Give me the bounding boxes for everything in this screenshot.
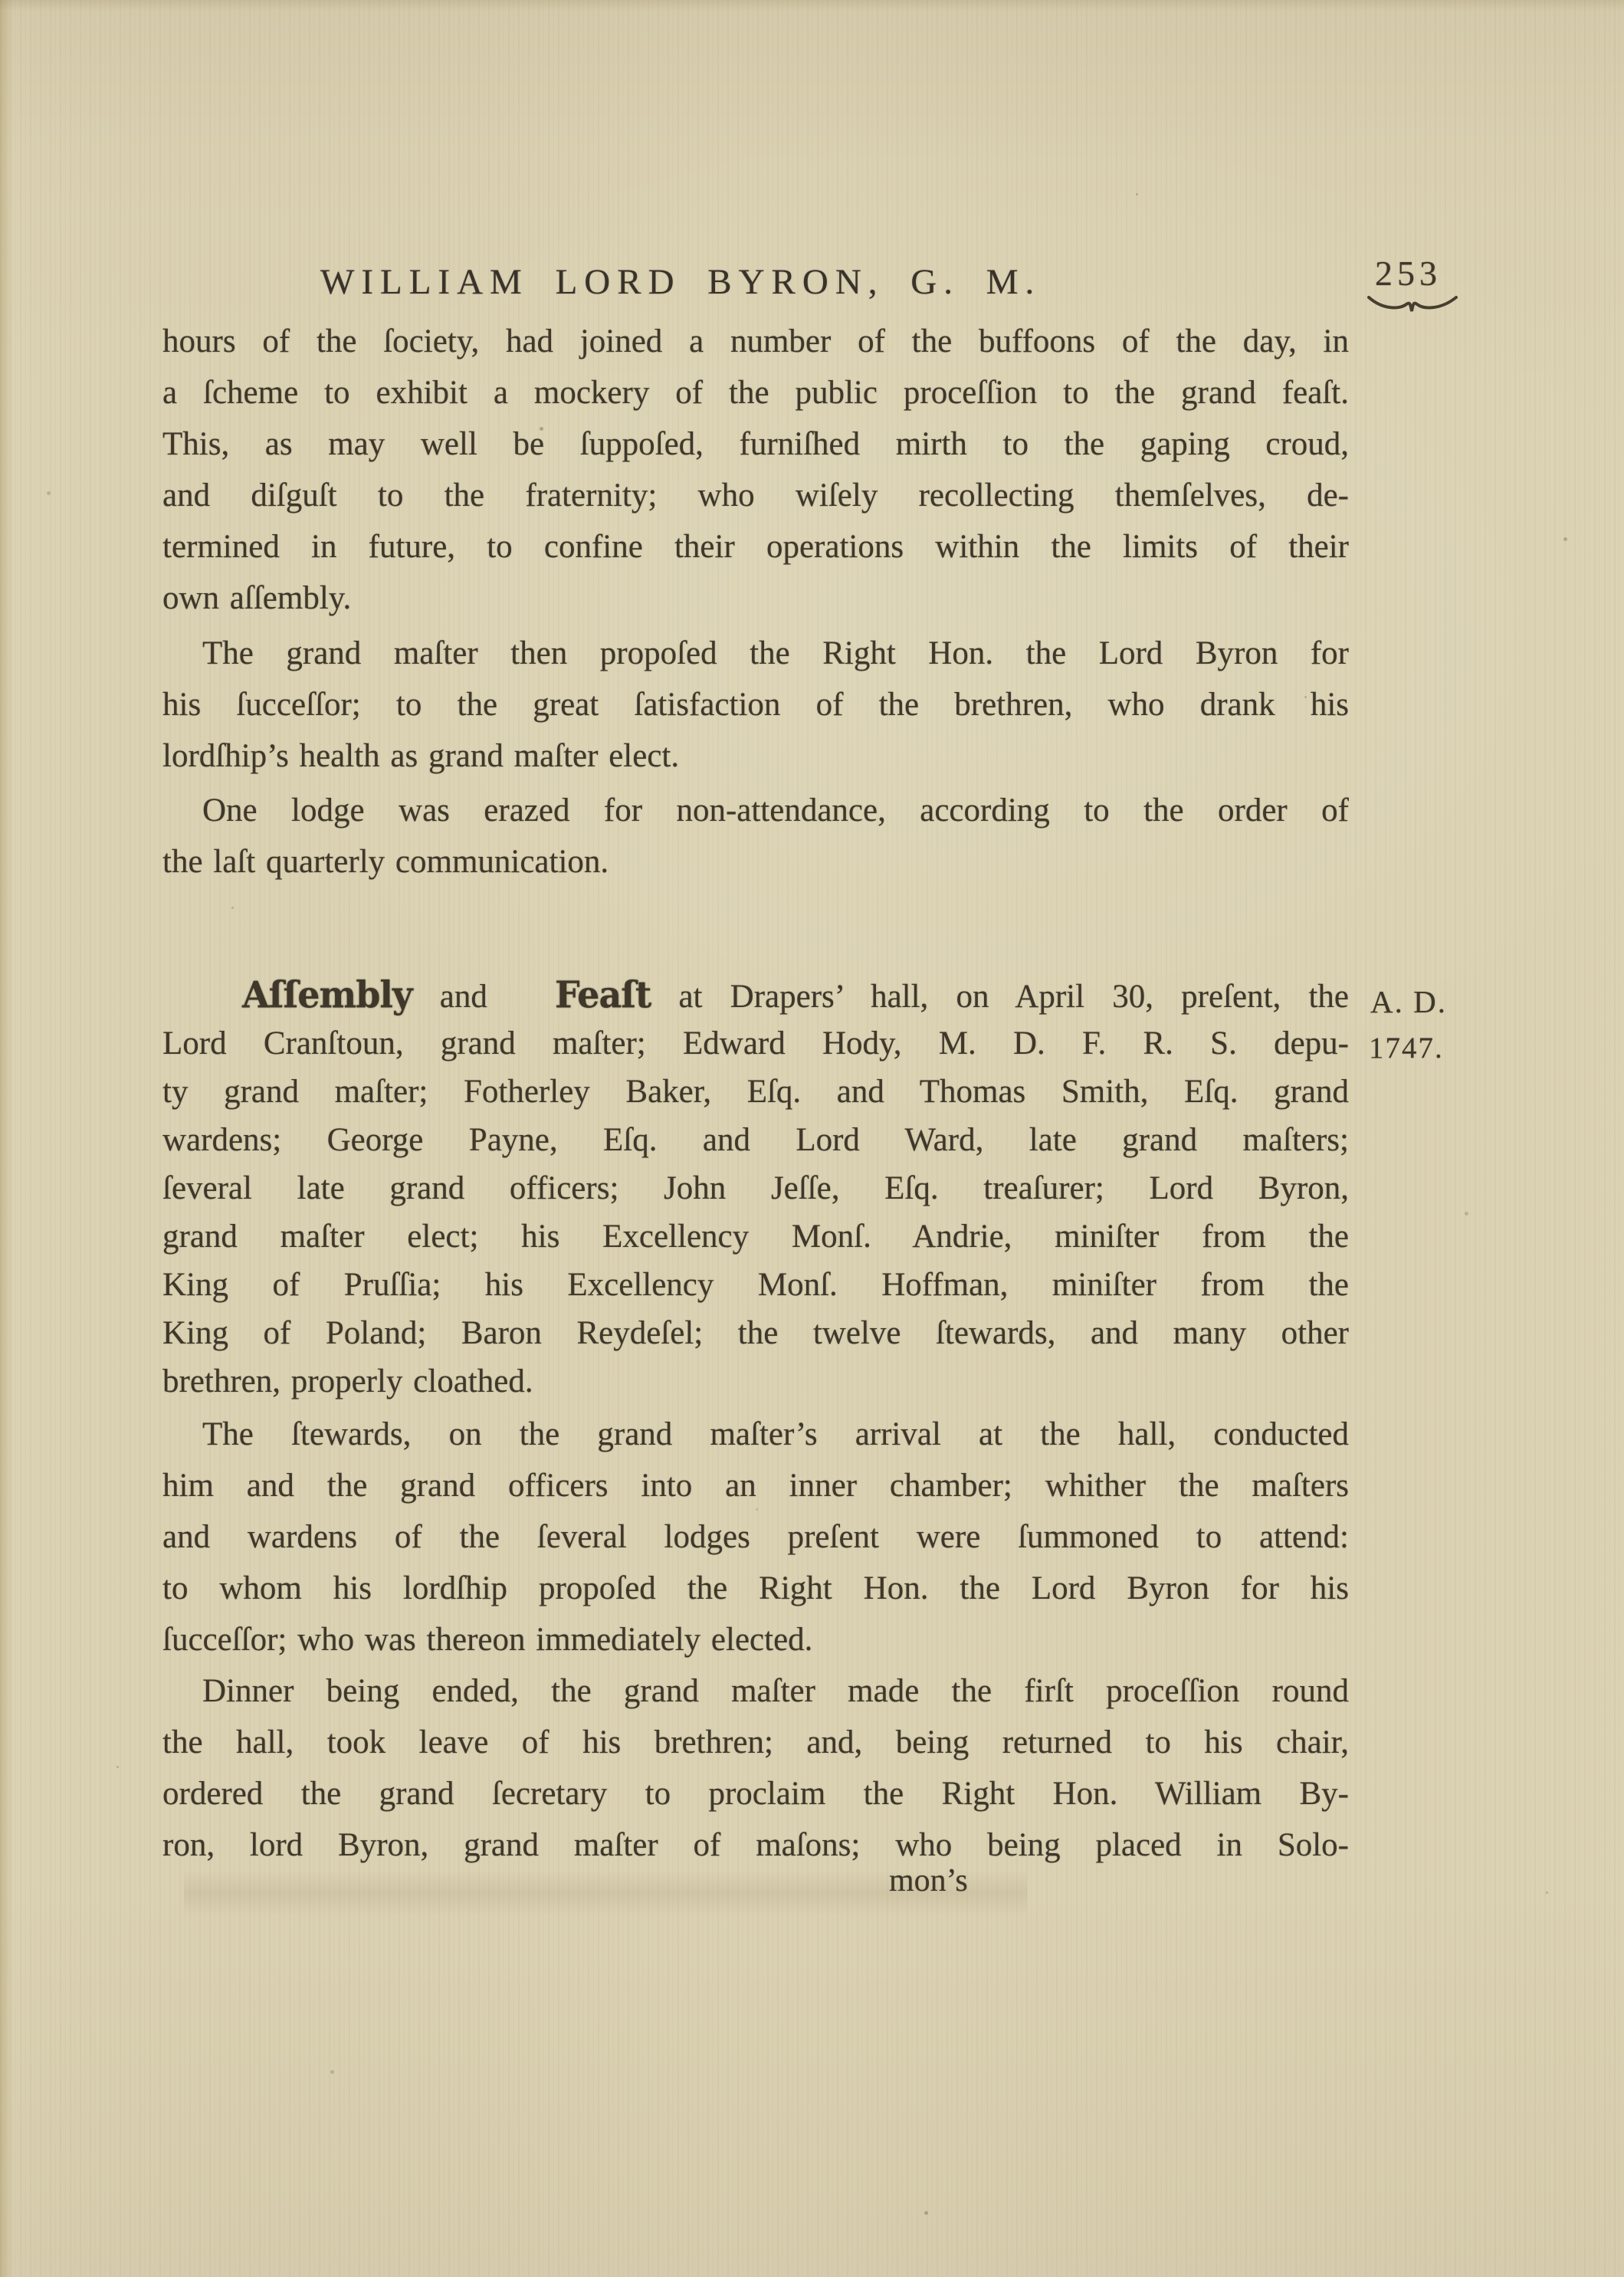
- paragraph-dinner-procession: Dinner being ended, the grand maſter mad…: [162, 1665, 1349, 1871]
- text-column: hours of the ſociety, had joined a numbe…: [162, 316, 1349, 1871]
- text-line: ordered the grand ſecretary to proclaim …: [162, 1768, 1349, 1819]
- text-line: termined in future, to confine their ope…: [162, 521, 1349, 573]
- blackletter-word: Aſſembly: [202, 971, 412, 1019]
- paragraph-continuation: hours of the ſociety, had joined a numbe…: [162, 316, 1349, 624]
- catchword: mon’s: [889, 1862, 968, 1899]
- text-line: hours of the ſociety, had joined a numbe…: [162, 316, 1349, 367]
- text-line: the hall, took leave of his brethren; an…: [162, 1717, 1349, 1768]
- text-line: the laſt quarterly communication.: [162, 836, 1349, 888]
- margin-note-era: A. D.: [1370, 983, 1447, 1020]
- page-top-edge-shading: [0, 0, 1624, 11]
- text-line: One lodge was erazed for non-attendance,…: [162, 785, 1349, 836]
- text-line: ron, lord Byron, grand maſter of maſons;…: [162, 1819, 1349, 1871]
- text-line: ſeveral late grand officers; John Jeſſe,…: [162, 1164, 1349, 1212]
- page-number: 253: [1375, 253, 1442, 294]
- text-line: a ſcheme to exhibit a mockery of the pub…: [162, 367, 1349, 418]
- text-line: and diſguſt to the fraternity; who wiſel…: [162, 470, 1349, 521]
- text-line: wardens; George Payne, Eſq. and Lord War…: [162, 1116, 1349, 1164]
- text-line: ſucceſſor; who was thereon immediately e…: [162, 1614, 1349, 1665]
- text-line: and wardens of the ſeveral lodges preſen…: [162, 1511, 1349, 1563]
- text-line: to whom his lordſhip propoſed the Right …: [162, 1563, 1349, 1614]
- text-line: him and the grand officers into an inner…: [162, 1460, 1349, 1511]
- running-head-title: WILLIAM LORD BYRON, G. M.: [320, 261, 1041, 303]
- paper-specks: [0, 0, 2, 2]
- text-line: his ſucceſſor; to the great ſatisfaction…: [162, 679, 1349, 730]
- text-line: King of Pruſſia; his Excellency Monſ. Ho…: [162, 1261, 1349, 1309]
- text-line: King of Poland; Baron Reydeſel; the twel…: [162, 1309, 1349, 1357]
- text-line: grand maſter elect; his Excellency Monſ.…: [162, 1212, 1349, 1261]
- text-line: ty grand maſter; Fotherley Baker, Eſq. a…: [162, 1068, 1349, 1116]
- text-line: The ſtewards, on the grand maſter’s arri…: [162, 1409, 1349, 1460]
- text-segment: and: [412, 979, 515, 1015]
- paragraph-grand-master-proposal: The grand maſter then propoſed the Right…: [162, 628, 1349, 782]
- text-line: This, as may well be ſuppoſed, furniſhed…: [162, 418, 1349, 470]
- paragraph-stewards-arrival: The ſtewards, on the grand maſter’s arri…: [162, 1409, 1349, 1665]
- paragraph-lodge-erazed: One lodge was erazed for non-attendance,…: [162, 785, 1349, 888]
- text-segment: at Drapers’ hall, on April 30, preſent, …: [651, 979, 1349, 1015]
- text-line: Aſſembly and Feaſt at Drapers’ hall, on …: [162, 971, 1349, 1019]
- text-line: Lord Cranſtoun, grand maſter; Edward Hod…: [162, 1019, 1349, 1068]
- page-left-edge-shading: [0, 0, 12, 2277]
- margin-note-year: 1747.: [1369, 1031, 1444, 1065]
- book-page-scan: WILLIAM LORD BYRON, G. M. 253 hours of t…: [0, 0, 1624, 2277]
- text-line: own aſſembly.: [162, 573, 1349, 624]
- paragraph-assembly-and-feast: Aſſembly and Feaſt at Drapers’ hall, on …: [162, 971, 1349, 1406]
- text-line: Dinner being ended, the grand maſter mad…: [162, 1665, 1349, 1717]
- text-line: brethren, properly cloathed.: [162, 1357, 1349, 1406]
- text-line: The grand maſter then propoſed the Right…: [162, 628, 1349, 679]
- text-line: lordſhip’s health as grand maſter elect.: [162, 730, 1349, 782]
- blackletter-word: Feaſt: [515, 971, 651, 1019]
- page-number-brace-icon: [1366, 294, 1459, 317]
